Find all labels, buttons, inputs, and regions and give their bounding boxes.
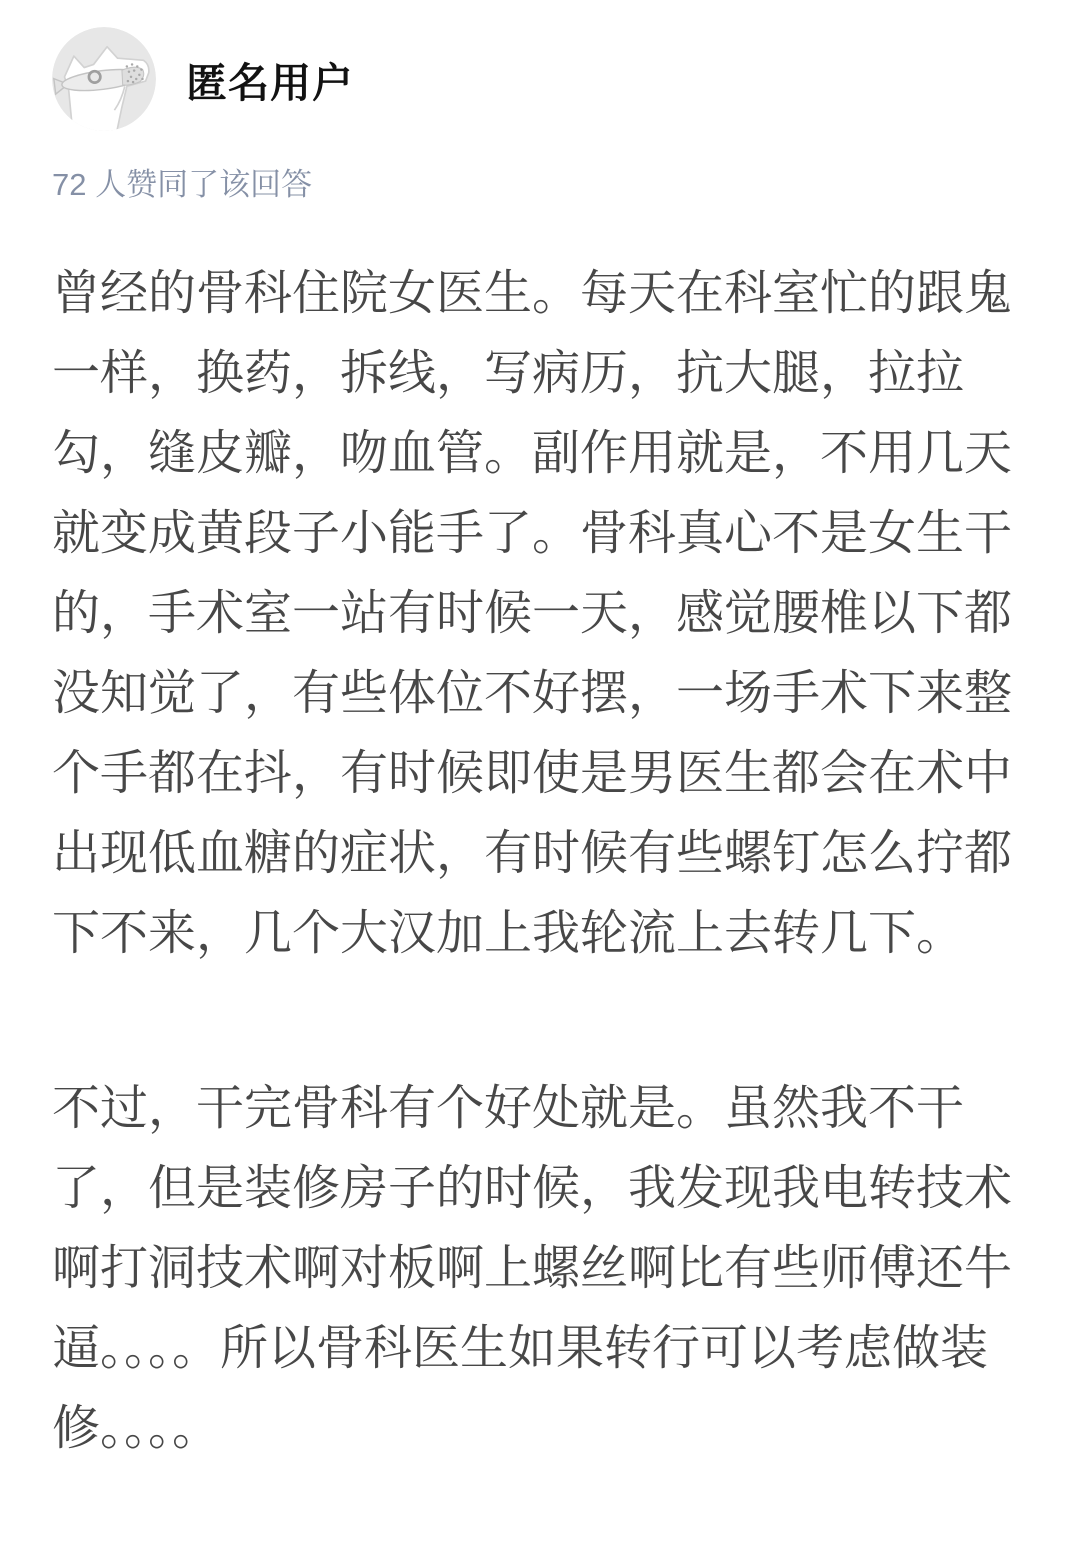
- username[interactable]: 匿名用户: [186, 50, 354, 109]
- answer-page: 匿名用户 72 人赞同了该回答 曾经的骨科住院女医生。每天在科室忙的跟鬼一样，换…: [0, 0, 1080, 1564]
- upvote-count-text: 72 人赞同了该回答: [52, 167, 1028, 203]
- anonymous-user-avatar-icon[interactable]: [52, 27, 156, 131]
- fish-eye: [89, 71, 100, 82]
- answer-paragraph: 曾经的骨科住院女医生。每天在科室忙的跟鬼一样，换药，拆线，写病历，抗大腿，拉拉勾…: [52, 254, 1028, 974]
- author-header: 匿名用户: [52, 27, 1028, 131]
- answer-paragraph: 不过，干完骨科有个好处就是。虽然我不干了，但是装修房子的时候，我发现我电转技术啊…: [52, 1069, 1028, 1469]
- answer-content: 曾经的骨科住院女医生。每天在科室忙的跟鬼一样，换药，拆线，写病历，抗大腿，拉拉勾…: [52, 254, 1028, 1469]
- answer-post: 匿名用户 72 人赞同了该回答 曾经的骨科住院女医生。每天在科室忙的跟鬼一样，换…: [0, 0, 1080, 1469]
